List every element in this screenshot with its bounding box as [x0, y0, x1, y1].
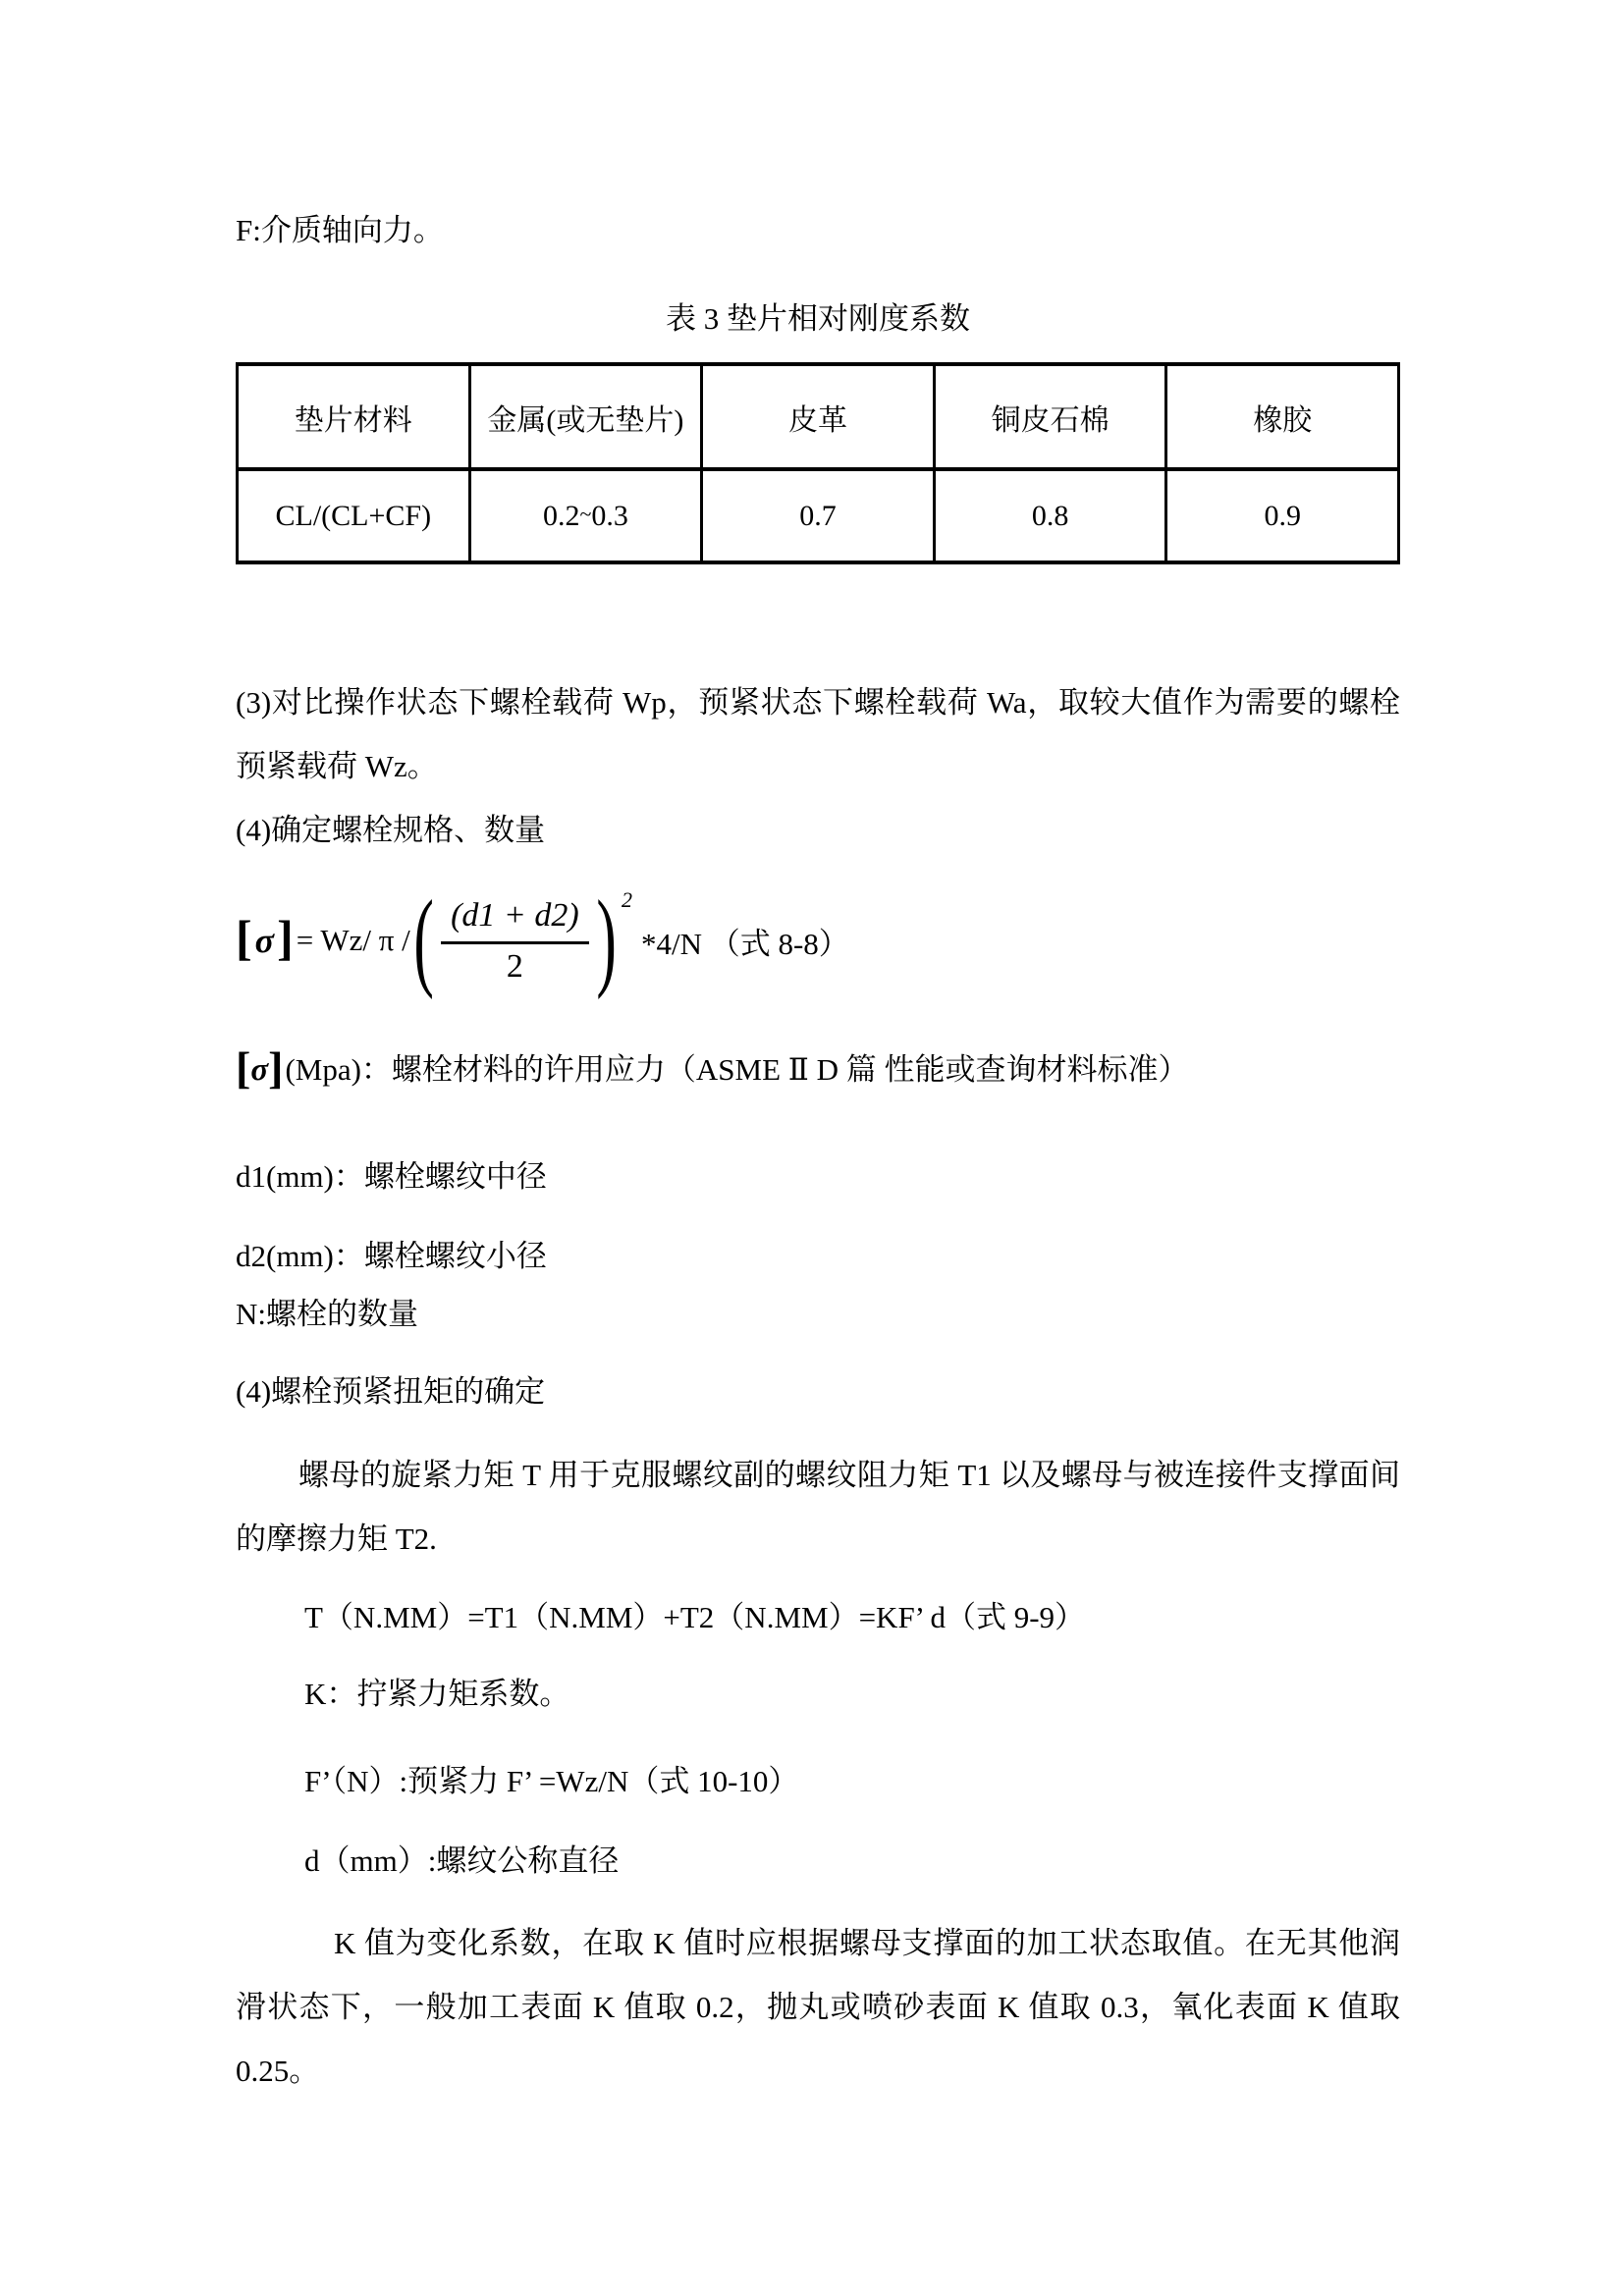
- table-header-row: 垫片材料 金属(或无垫片) 皮革 铜皮石棉 橡胶: [238, 364, 1399, 469]
- formula-8-8: [ σ ] = Wz/ π / ( (d1 + d2) 2 ) 2 *4/N （…: [236, 881, 1400, 999]
- left-bracket: [: [236, 1045, 250, 1091]
- range-tilde: ~: [579, 502, 591, 526]
- right-bracket: ]: [268, 1045, 283, 1091]
- fraction-denominator: 2: [507, 944, 523, 984]
- para-determine-spec: (4)确定螺栓规格、数量: [236, 798, 1400, 862]
- big-left-paren: (: [413, 893, 434, 987]
- definition-d: d（mm）:螺纹公称直径: [304, 1829, 1400, 1893]
- table-caption: 表 3 垫片相对刚度系数: [236, 299, 1400, 339]
- para-nut-torque: 螺母的旋紧力矩 T 用于克服螺纹副的螺纹阻力矩 T1 以及螺母与被连接件支撑面间…: [236, 1443, 1400, 1571]
- definition-n: N:螺栓的数量: [236, 1282, 1400, 1346]
- cell-rubber: 0.9: [1166, 469, 1399, 562]
- formula-pre-text: = Wz/ π /: [297, 923, 410, 958]
- fraction: (d1 + d2) 2: [441, 897, 589, 984]
- para-compare-loads: (3)对比操作状态下螺栓载荷 Wp，预紧状态下螺栓载荷 Wa，取较大值作为需要的…: [236, 670, 1400, 798]
- para-torque-title: (4)螺栓预紧扭矩的确定: [236, 1360, 1400, 1423]
- cell-leather: 0.7: [702, 469, 935, 562]
- exponent: 2: [622, 887, 632, 913]
- cell-metal-range: 0.2~0.3: [469, 469, 702, 562]
- fraction-numerator: (d1 + d2): [441, 897, 589, 944]
- definition-d2: d2(mm)：螺栓螺纹小径: [236, 1224, 1400, 1288]
- header-metal: 金属(或无垫片): [469, 364, 702, 469]
- big-right-paren: ): [596, 893, 617, 987]
- intro-line: F:介质轴向力。: [236, 211, 1400, 250]
- cell-material: CL/(CL+CF): [238, 469, 470, 562]
- right-bracket: ]: [277, 913, 294, 962]
- cell-copper-asbestos: 0.8: [934, 469, 1166, 562]
- metal-range-low: 0.2: [543, 500, 580, 532]
- sigma-symbol: σ: [250, 1054, 268, 1087]
- left-bracket: [: [236, 913, 252, 962]
- formula-post-text: *4/N （式 8-8）: [641, 919, 849, 963]
- document-page: F:介质轴向力。 表 3 垫片相对刚度系数 垫片材料 金属(或无垫片) 皮革 铜…: [0, 0, 1624, 2296]
- para-k-value: K 值为变化系数，在取 K 值时应根据螺母支撑面的加工状态取值。在无其他润滑状态…: [236, 1911, 1400, 2103]
- table-row: CL/(CL+CF) 0.2~0.3 0.7 0.8 0.9: [238, 469, 1399, 562]
- definition-k: K：拧紧力矩系数。: [304, 1662, 1400, 1726]
- header-copper-asbestos: 铜皮石棉: [934, 364, 1166, 469]
- sigma-symbol: σ: [255, 923, 274, 958]
- metal-range-high: 0.3: [591, 500, 628, 532]
- definition-d1: d1(mm)：螺栓螺纹中径: [236, 1145, 1400, 1208]
- header-rubber: 橡胶: [1166, 364, 1399, 469]
- gasket-stiffness-table: 垫片材料 金属(或无垫片) 皮革 铜皮石棉 橡胶 CL/(CL+CF) 0.2~…: [236, 362, 1400, 564]
- equation-9-9: T（N.MM）=T1（N.MM）+T2（N.MM）=KF’ d（式 9-9）: [304, 1585, 1400, 1649]
- header-leather: 皮革: [702, 364, 935, 469]
- sigma-definition-line: [ σ ] (Mpa)：螺栓材料的许用应力（ASME Ⅱ D 篇 性能或查询材料…: [236, 1039, 1400, 1101]
- header-gasket-material: 垫片材料: [238, 364, 470, 469]
- sigma-definition-text: (Mpa)：螺栓材料的许用应力（ASME Ⅱ D 篇 性能或查询材料标准）: [285, 1039, 1188, 1101]
- equation-10-10: F’（N）:预紧力 F’ =Wz/N（式 10-10）: [304, 1749, 1400, 1813]
